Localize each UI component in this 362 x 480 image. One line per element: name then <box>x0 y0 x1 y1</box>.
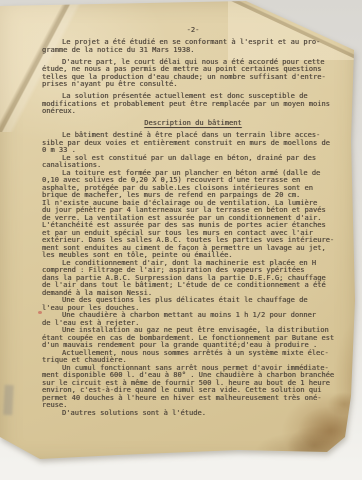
text-line: sible par deux voies et entièrement cons… <box>42 140 344 148</box>
page-number: -2- <box>42 27 344 35</box>
typewritten-text: -2-Le projet a été étudié en se conforma… <box>42 27 344 417</box>
paragraph: Une chaudière à charbon mettant au moins… <box>42 312 344 327</box>
paragraph: D'autres solutions sont à l'étude. <box>42 410 344 418</box>
paragraph: Le bâtiment destiné à être placé dans un… <box>42 132 344 155</box>
margin-smudge <box>3 385 14 415</box>
document-page: -2-Le projet a été étudié en se conforma… <box>0 0 357 464</box>
paper-shadow-wrap: -2-Le projet a été étudié en se conforma… <box>0 0 362 480</box>
paragraph: La toiture est formée par un plancher en… <box>42 170 344 260</box>
text-line: permet 40 douches à l'heure en hiver est… <box>42 395 344 403</box>
text-line: prises n'ayant pu être consulté. <box>42 81 344 89</box>
text-line: gramme de la notice du 31 Mars 1938. <box>42 47 344 55</box>
paragraph: Une installation au gaz ne peut être env… <box>42 327 344 350</box>
text-line: D'autres solutions sont à l'étude. <box>42 410 344 418</box>
paragraph: Le conditionnement d'air, dont la machin… <box>42 260 344 298</box>
text-line: onéreux. <box>42 108 344 116</box>
paragraph: D'autre part, le court délai qui nous a … <box>42 59 344 89</box>
paragraph: La solution présentée actuellement est d… <box>42 93 344 116</box>
section-heading: Description du bâtiment <box>42 120 344 128</box>
paragraph: Le projet a été étudié en se conformant … <box>42 39 344 54</box>
scan-background: -2-Le projet a été étudié en se conforma… <box>0 0 362 480</box>
text-line: modifications et probablement peut être … <box>42 101 344 109</box>
paragraph: Un cumul fonctionnant sans arrêt nous pe… <box>42 365 344 410</box>
paragraph: Une des questions les plus délicates éta… <box>42 297 344 312</box>
paragraph: Actuellement, nous nous sommes arrêtés à… <box>42 350 344 365</box>
paragraph: Le sol est constitué par un dallage en b… <box>42 155 344 170</box>
